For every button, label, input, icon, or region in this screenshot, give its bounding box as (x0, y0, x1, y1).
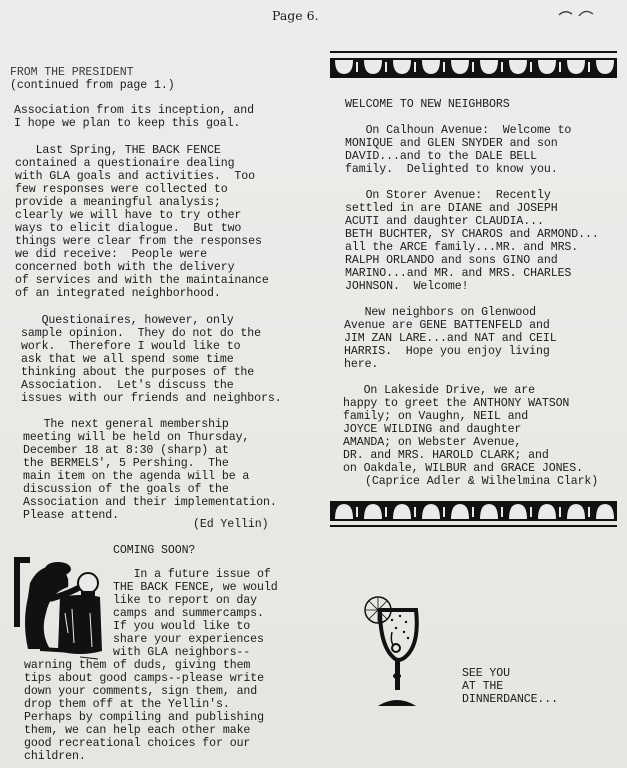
welcome-paragraph: On Calhoun Avenue: Welcome to MONIQUE an… (345, 124, 571, 176)
welcome-paragraph: On Storer Avenue: Recently settled in ar… (345, 189, 599, 293)
president-paragraph: Last Spring, THE BACK FENCE contained a … (15, 144, 269, 300)
president-paragraph: Association from its inception, and I ho… (14, 104, 254, 130)
decorative-border-icon (330, 50, 617, 80)
page-number: Page 6. (272, 8, 319, 23)
president-heading: FROM THE PRESIDENT (10, 66, 133, 79)
staple-marks-icon (557, 9, 597, 19)
newsletter-page: Page 6. FROM THE PRESIDENT (continued fr… (0, 0, 627, 768)
president-signature: (Ed Yellin) (193, 518, 268, 531)
coming-soon-intro: In a future issue of THE BACK FENCE, we … (113, 568, 278, 659)
president-paragraph: Questionaires, however, only sample opin… (21, 314, 282, 405)
welcome-heading: WELCOME TO NEW NEIGHBORS (345, 98, 510, 111)
welcome-paragraph: New neighbors on Glenwood Avenue are GEN… (344, 306, 557, 371)
coming-soon-heading: COMING SOON? (113, 544, 195, 557)
president-paragraph: The next general membership meeting will… (23, 418, 277, 522)
welcome-paragraph: On Lakeside Drive, we are happy to greet… (343, 384, 583, 475)
fortune-teller-icon (10, 553, 102, 665)
coming-soon-body: warning them of duds, giving them tips a… (24, 659, 264, 763)
president-subheading: (continued from page 1.) (10, 79, 175, 92)
welcome-signature: (Caprice Adler & Wilhelmina Clark) (365, 475, 598, 488)
cocktail-glass-icon (364, 596, 424, 714)
decorative-border-icon (330, 499, 617, 529)
dinnerdance-text: SEE YOU AT THE DINNERDANCE... (462, 667, 558, 706)
